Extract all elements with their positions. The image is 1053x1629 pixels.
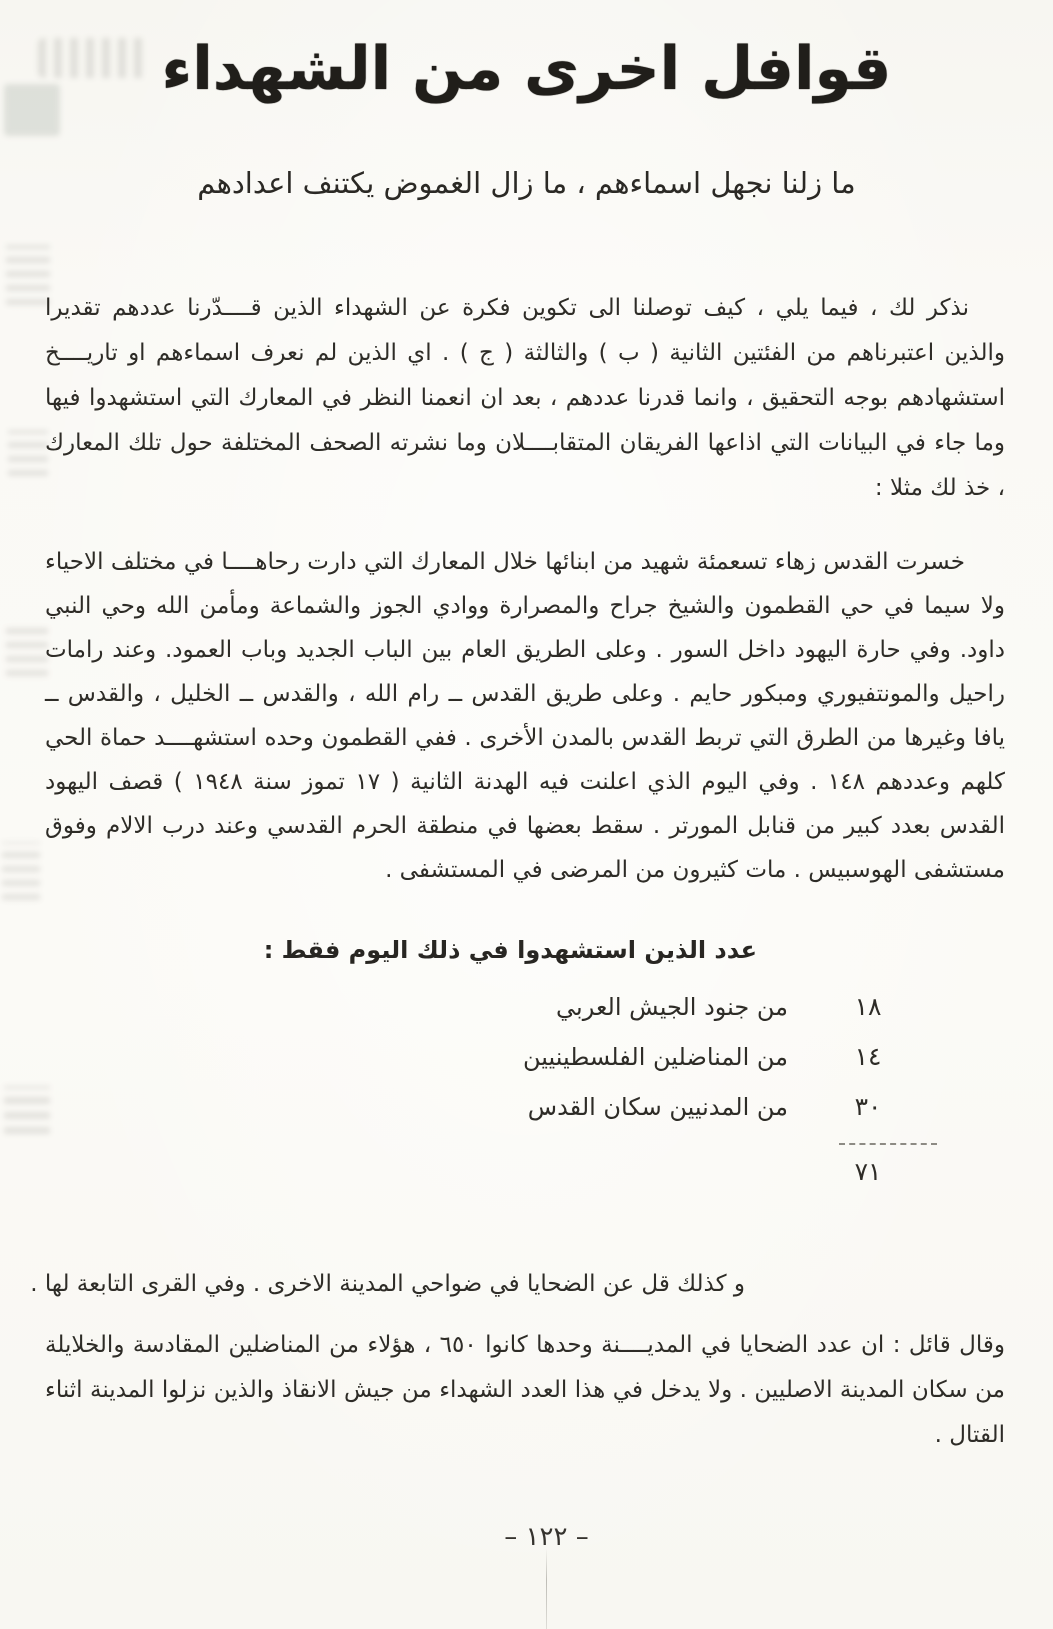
casualty-list-heading: عدد الذين استشهدوا في ذلك اليوم فقط : <box>264 936 757 964</box>
scanned-book-page: قوافل اخرى من الشهداء ما زلنا نجهل اسماء… <box>0 0 1053 1629</box>
scan-artifact <box>2 842 40 900</box>
casualty-row-fighters: ١٤ من المناضلين الفلسطينيين <box>343 1042 903 1092</box>
casualty-row-civilians: ٣٠ من المدنيين سكان القدس <box>343 1092 903 1142</box>
casualty-table: ١٨ من جنود الجيش العربي ١٤ من المناضلين … <box>343 992 903 1142</box>
casualty-count: ١٨ <box>833 992 903 1021</box>
casualty-total: ٧١ <box>833 1157 903 1186</box>
paragraph-methodology: نذكر لك ، فيما يلي ، كيف توصلنا الى تكوي… <box>45 286 1005 511</box>
casualty-label: من المدنيين سكان القدس <box>528 1093 788 1121</box>
scan-artifact <box>6 624 48 676</box>
scan-artifact <box>8 430 48 476</box>
scan-artifact <box>4 1086 50 1134</box>
page-title: قوافل اخرى من الشهداء <box>0 34 1053 104</box>
scan-fold-line <box>546 1548 547 1629</box>
total-divider-line <box>839 1143 937 1145</box>
paragraph-suburbs: و كذلك قل عن الضحايا في ضواحي المدينة ال… <box>30 1262 745 1307</box>
page-subtitle: ما زلنا نجهل اسماءهم ، ما زال الغموض يكت… <box>0 166 1053 200</box>
scan-artifact <box>6 245 50 305</box>
casualty-label: من جنود الجيش العربي <box>556 993 788 1021</box>
casualty-count: ٣٠ <box>833 1092 903 1121</box>
paragraph-jerusalem-losses: خسرت القدس زهاء تسعمئة شهيد من ابنائها خ… <box>45 540 1005 892</box>
casualty-count: ١٤ <box>833 1042 903 1071</box>
casualty-row-army: ١٨ من جنود الجيش العربي <box>343 992 903 1042</box>
casualty-label: من المناضلين الفلسطينيين <box>523 1043 788 1071</box>
paragraph-other-estimate: وقال قائل : ان عدد الضحايا في المديــــن… <box>45 1323 1005 1458</box>
